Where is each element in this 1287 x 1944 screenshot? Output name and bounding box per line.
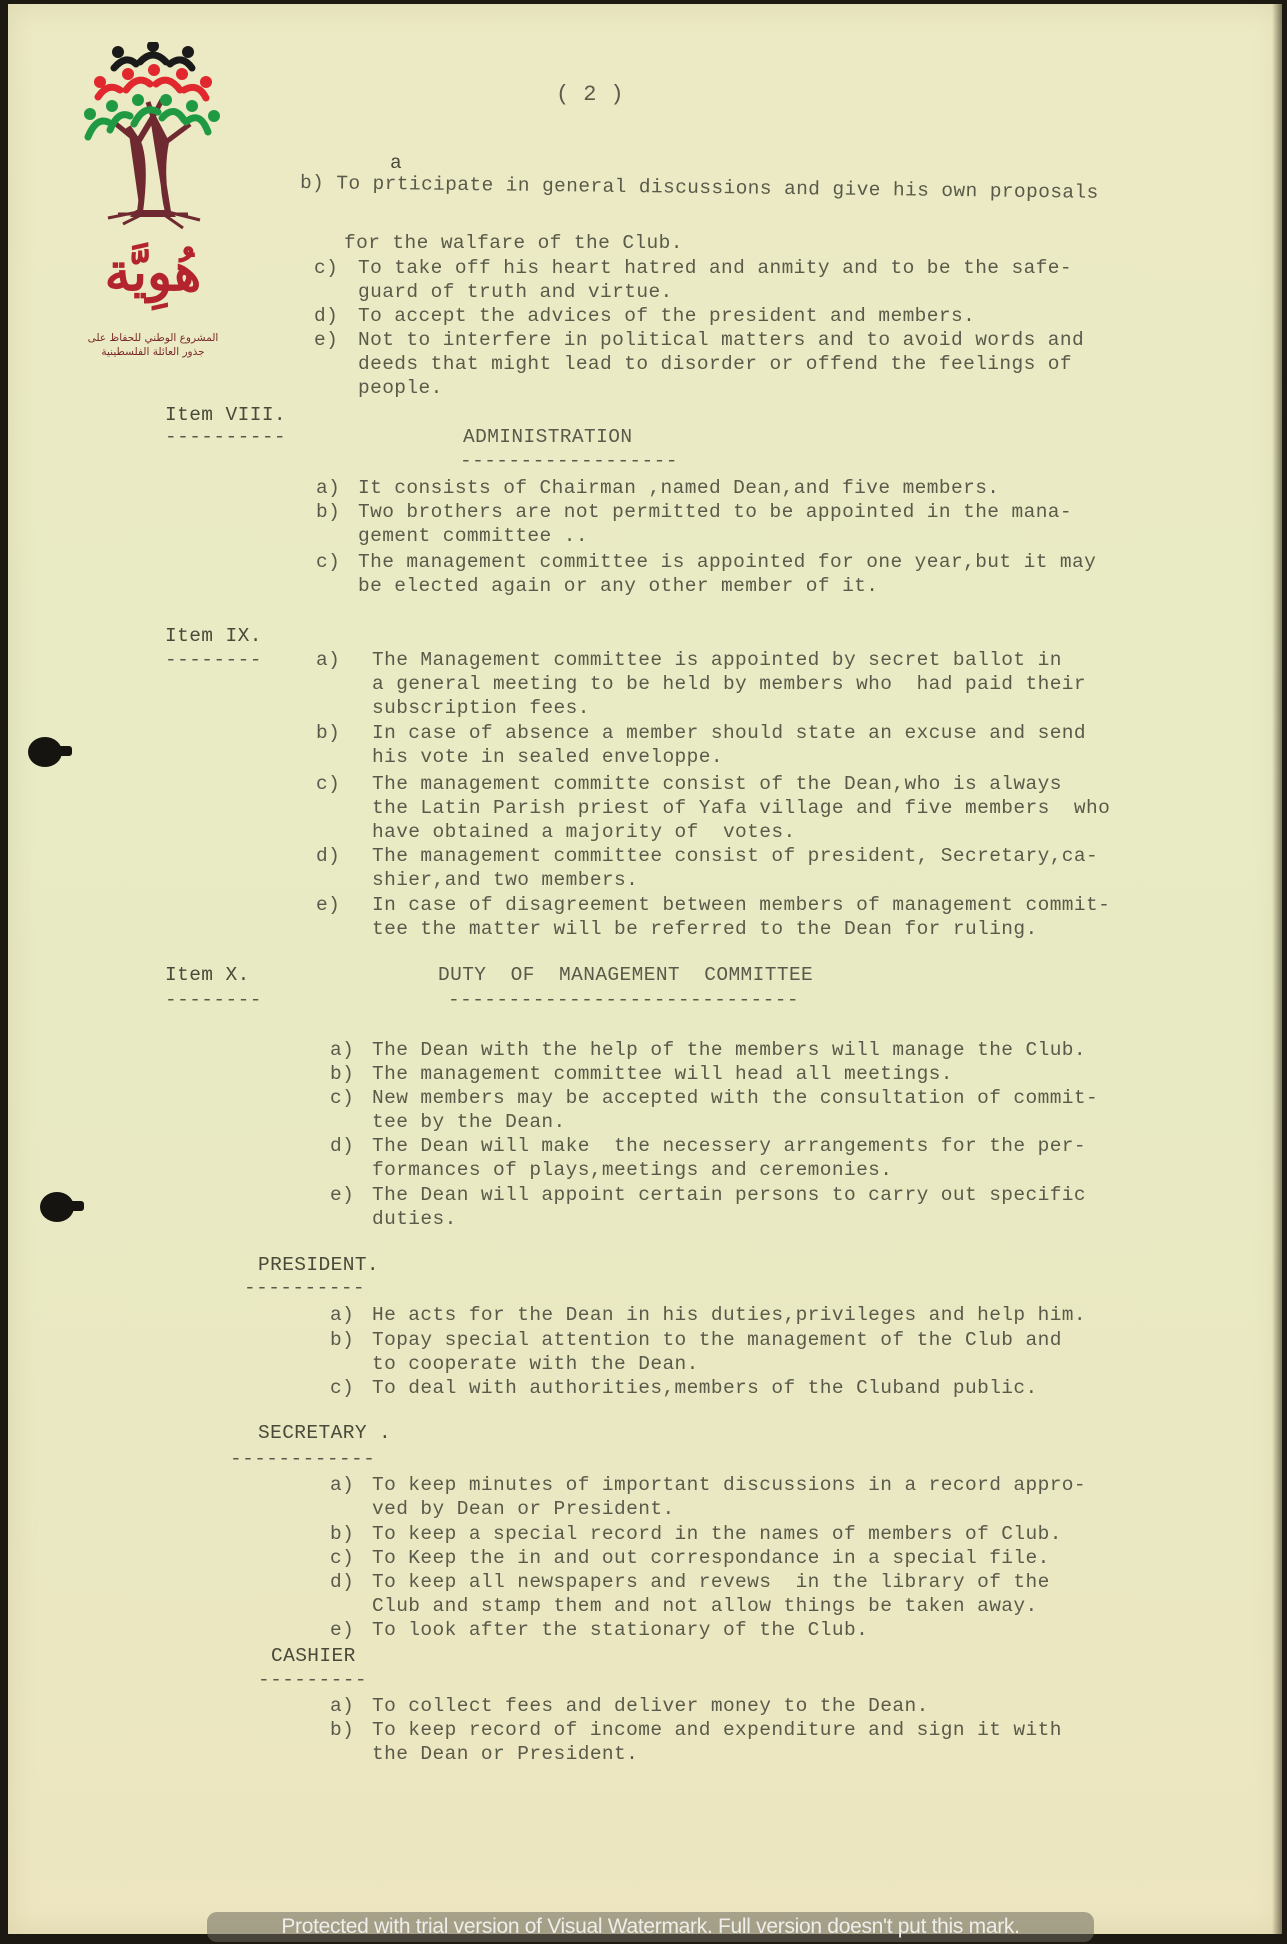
item-x-text: The Dean will appoint certain persons to… xyxy=(372,1184,1086,1206)
tree-of-people-icon xyxy=(78,42,228,232)
item-viii-text: be elected again or any other member of … xyxy=(358,575,878,597)
secretary-heading-rule: ------------ xyxy=(230,1448,375,1470)
item-ix-label: c) xyxy=(316,773,340,795)
president-label: c) xyxy=(330,1377,354,1399)
item-ix-text: have obtained a majority of votes. xyxy=(372,821,796,843)
president-text: He acts for the Dean in his duties,privi… xyxy=(372,1304,1086,1326)
item-ix-text: shier,and two members. xyxy=(372,869,638,891)
president-text: To deal with authorities,members of the … xyxy=(372,1377,1038,1399)
intro-item-label: c) xyxy=(314,257,338,279)
secretary-label: d) xyxy=(330,1571,354,1593)
item-ix-text: The management committee consist of pres… xyxy=(372,845,1098,867)
cashier-label: b) xyxy=(330,1719,354,1741)
secretary-text: To Keep the in and out correspondance in… xyxy=(372,1547,1050,1569)
logo-subtitle-line-1: المشروع الوطني للحفاظ على xyxy=(78,332,228,344)
cashier-text: To keep record of income and expenditure… xyxy=(372,1719,1062,1741)
president-label: a) xyxy=(330,1304,354,1326)
item-viii-text: The management committee is appointed fo… xyxy=(358,551,1096,573)
item-viii-heading: Item VIII. xyxy=(165,404,286,426)
item-x-text: The Dean will make the necessery arrange… xyxy=(372,1135,1086,1157)
secretary-label: e) xyxy=(330,1619,354,1641)
item-ix-label: a) xyxy=(316,649,340,671)
cashier-heading-rule: --------- xyxy=(258,1669,367,1691)
secretary-text: Club and stamp them and not allow things… xyxy=(372,1595,1038,1617)
item-x-text: The management committee will head all m… xyxy=(372,1063,953,1085)
page-number: ( 2 ) xyxy=(556,82,624,107)
president-text: Topay special attention to the managemen… xyxy=(372,1329,1062,1351)
item-x-text: The Dean with the help of the members wi… xyxy=(372,1039,1086,1061)
item-ix-text: The Management committee is appointed by… xyxy=(372,649,1062,671)
item-viii-label: b) xyxy=(316,501,340,523)
item-x-label: c) xyxy=(330,1087,354,1109)
secretary-text: To keep a special record in the names of… xyxy=(372,1523,1062,1545)
item-x-label: e) xyxy=(330,1184,354,1206)
document-page: هُوِيَّة المشروع الوطني للحفاظ على جذور … xyxy=(8,4,1282,1934)
hawiya-logo: هُوِيَّة المشروع الوطني للحفاظ على جذور … xyxy=(78,42,248,362)
item-viii-label: a) xyxy=(316,477,340,499)
item-ix-text: In case of absence a member should state… xyxy=(372,722,1086,744)
watermark-banner: Protected with trial version of Visual W… xyxy=(207,1912,1094,1942)
logo-subtitle-line-2: جذور العائلة الفلسطينية xyxy=(78,346,228,358)
item-x-heading-rule: -------- xyxy=(165,989,262,1011)
item-ix-label: d) xyxy=(316,845,340,867)
intro-item-b-text: for the walfare of the Club. xyxy=(344,232,683,254)
item-viii-text: It consists of Chairman ,named Dean,and … xyxy=(358,477,999,499)
item-x-label: d) xyxy=(330,1135,354,1157)
item-viii-heading-rule: ---------- xyxy=(165,426,286,448)
item-viii-label: c) xyxy=(316,551,340,573)
item-ix-text: The management committe consist of the D… xyxy=(372,773,1062,795)
item-x-heading: Item X. xyxy=(165,964,250,986)
logo-title: هُوِيَّة xyxy=(78,242,228,303)
duty-of-management-committee-title: DUTY OF MANAGEMENT COMMITTEE xyxy=(438,964,813,986)
secretary-text: To look after the stationary of the Club… xyxy=(372,1619,868,1641)
duty-title-rule: ----------------------------- xyxy=(448,989,799,1011)
intro-item-text: To take off his heart hatred and anmity … xyxy=(358,257,1072,279)
president-text: to cooperate with the Dean. xyxy=(372,1353,699,1375)
secretary-text: ved by Dean or President. xyxy=(372,1498,675,1520)
item-ix-text: a general meeting to be held by members … xyxy=(372,673,1086,695)
secretary-text: To keep minutes of important discussions… xyxy=(372,1474,1086,1496)
item-x-text: duties. xyxy=(372,1208,457,1230)
intro-item-text: Not to interfere in political matters an… xyxy=(358,329,1084,351)
intro-item-text: people. xyxy=(358,377,443,399)
administration-title-rule: ------------------ xyxy=(460,450,678,472)
item-ix-label: b) xyxy=(316,722,340,744)
item-x-text: New members may be accepted with the con… xyxy=(372,1087,1098,1109)
item-ix-text: subscription fees. xyxy=(372,697,590,719)
handwritten-correction: a xyxy=(390,152,402,174)
intro-item-label: e) xyxy=(314,329,338,351)
secretary-text: To keep all newspapers and revews in the… xyxy=(372,1571,1050,1593)
punch-hole-icon xyxy=(28,737,62,767)
item-ix-heading: Item IX. xyxy=(165,625,262,647)
secretary-label: a) xyxy=(330,1474,354,1496)
item-x-text: tee by the Dean. xyxy=(372,1111,566,1133)
intro-item-text: deeds that might lead to disorder or off… xyxy=(358,353,1072,375)
president-label: b) xyxy=(330,1329,354,1351)
secretary-label: c) xyxy=(330,1547,354,1569)
item-x-text: formances of plays,meetings and ceremoni… xyxy=(372,1159,892,1181)
item-ix-text: In case of disagreement between members … xyxy=(372,894,1110,916)
item-ix-text: his vote in sealed enveloppe. xyxy=(372,746,723,768)
item-ix-text: the Latin Parish priest of Yafa village … xyxy=(372,797,1110,819)
item-x-label: a) xyxy=(330,1039,354,1061)
item-x-label: b) xyxy=(330,1063,354,1085)
item-viii-text: Two brothers are not permitted to be app… xyxy=(358,501,1072,523)
intro-item-label: d) xyxy=(314,305,338,327)
administration-title: ADMINISTRATION xyxy=(463,426,632,448)
punch-hole-icon xyxy=(40,1192,74,1222)
intro-item-text: To accept the advices of the president a… xyxy=(358,305,975,327)
cashier-text: To collect fees and deliver money to the… xyxy=(372,1695,929,1717)
cashier-label: a) xyxy=(330,1695,354,1717)
secretary-heading: SECRETARY . xyxy=(258,1422,391,1444)
item-viii-text: gement committee .. xyxy=(358,525,588,547)
president-heading: PRESIDENT. xyxy=(258,1254,379,1276)
intro-item-b-text: b) To prticipate in general discussions … xyxy=(300,172,1099,204)
intro-item-text: guard of truth and virtue. xyxy=(358,281,673,303)
cashier-text: the Dean or President. xyxy=(372,1743,638,1765)
president-heading-rule: ---------- xyxy=(244,1277,365,1299)
cashier-heading: CASHIER xyxy=(271,1645,356,1667)
secretary-label: b) xyxy=(330,1523,354,1545)
item-ix-text: tee the matter will be referred to the D… xyxy=(372,918,1038,940)
item-ix-label: e) xyxy=(316,894,340,916)
item-ix-heading-rule: -------- xyxy=(165,649,262,671)
